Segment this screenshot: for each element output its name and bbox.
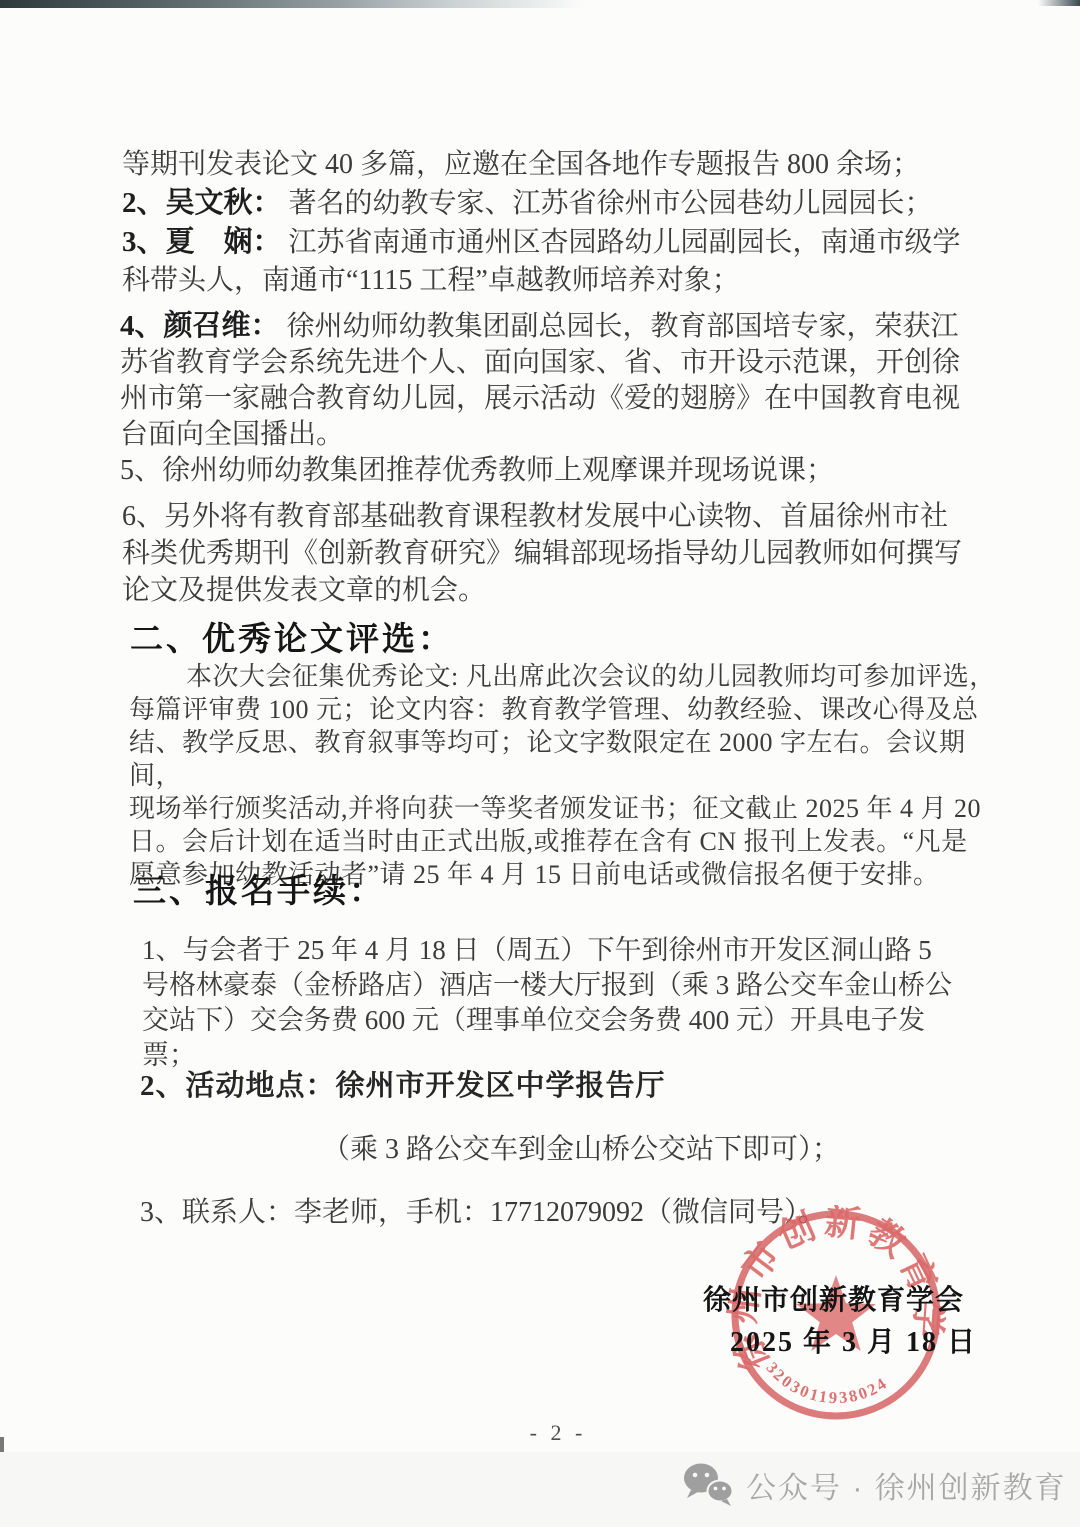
venue-value: 徐州市开发区中学报告厅	[336, 1070, 666, 1102]
body-line: 号格林豪泰（金桥路店）酒店一楼大厅报到（乘 3 路公交车金山桥公	[142, 968, 970, 1003]
list-item-5: 5、徐州幼师幼教集团推荐优秀教师上观摩课并现场说课；	[120, 453, 968, 489]
scanned-document-page: 等期刊发表论文 40 多篇，应邀在全国各地作专题报告 800 余场； 2、吴文秋…	[0, 0, 1080, 1527]
registration-item-2-venue: 2、活动地点：徐州市开发区中学报告厅	[140, 1063, 666, 1104]
page-number: - 2 -	[518, 1420, 598, 1446]
registration-item-3-contact: 3、联系人：李老师，手机：17712079092（微信同号）。	[140, 1190, 826, 1230]
body-line: 1、与会者于 25 年 4 月 18 日（周五）下午到徐州市开发区洞山路 5	[142, 933, 970, 968]
paper-selection-paragraph: 本次大会征集优秀论文: 凡出席此次会议的幼儿园教师均可参加评选， 每篇评审费 1…	[129, 660, 997, 891]
signature-date: 2025 年 3 月 18 日	[730, 1320, 977, 1360]
signature-organization: 徐州市创新教育学会	[703, 1278, 964, 1318]
speaker-name: 3、夏 娴：	[122, 226, 282, 258]
wechat-watermark: 公众号 · 徐州创新教育	[682, 1462, 1067, 1508]
scan-edge-artifact-top	[0, 0, 585, 8]
registration-item-1: 1、与会者于 25 年 4 月 18 日（周五）下午到徐州市开发区洞山路 5 号…	[142, 933, 970, 1073]
wechat-icon	[682, 1462, 734, 1508]
section-heading-paper-selection: 二、优秀论文评选：	[130, 613, 454, 660]
section-heading-registration: 三、报名手续：	[133, 865, 385, 912]
speaker-item: 3、夏 娴： 江苏省南通市通州区杏园路幼儿园副园长，南通市级学	[122, 223, 970, 262]
body-line: 每篇评审费 100 元；论文内容：教育教学管理、幼教经验、课改心得及总	[129, 693, 997, 726]
body-line: 科类优秀期刊《创新教育研究》编辑部现场指导幼儿园教师如何撰写	[122, 535, 970, 572]
list-item-6-block: 6、另外将有教育部基础教育课程教材发展中心读物、首届徐州市社 科类优秀期刊《创新…	[122, 498, 970, 609]
body-line: 现场举行颁奖活动,并将向获一等奖者颁发证书；征文截止 2025 年 4 月 20	[129, 792, 997, 825]
body-line: 结、教学反思、教育叙事等均可；论文字数限定在 2000 字左右。会议期间，	[129, 726, 997, 792]
speaker-desc: 徐州幼师幼教集团副总园长，教育部国培专家，荣获江	[280, 311, 959, 342]
body-line: 论文及提供发表文章的机会。	[122, 572, 970, 609]
body-line: 等期刊发表论文 40 多篇，应邀在全国各地作专题报告 800 余场；	[122, 146, 970, 184]
venue-label: 2、活动地点：	[140, 1070, 336, 1102]
body-line: 苏省教育学会系统先进个人、面向国家、省、市开设示范课，开创徐	[120, 345, 968, 381]
speaker-name: 2、吴文秋：	[122, 187, 282, 219]
speaker-item: 2、吴文秋： 著名的幼教专家、江苏省徐州市公园巷幼儿园园长；	[122, 184, 970, 223]
body-line: 本次大会征集优秀论文: 凡出席此次会议的幼儿园教师均可参加评选，	[129, 660, 997, 693]
watermark-text: 公众号 · 徐州创新教育	[746, 1463, 1067, 1507]
speaker-item: 4、颜召维： 徐州幼师幼教集团副总园长，教育部国培专家，荣获江	[120, 308, 968, 345]
speaker-list-block: 等期刊发表论文 40 多篇，应邀在全国各地作专题报告 800 余场； 2、吴文秋…	[122, 146, 970, 300]
body-line: 台面向全国播出。	[120, 417, 968, 453]
body-line: 6、另外将有教育部基础教育课程教材发展中心读物、首届徐州市社	[122, 498, 970, 535]
speaker-desc: 江苏省南通市通州区杏园路幼儿园副园长，南通市级学	[282, 227, 961, 258]
venue-bus-note: （乘 3 路公交车到金山桥公交站下即可）；	[322, 1127, 840, 1167]
body-line: 日。会后计划在适当时由正式出版,或推荐在含有 CN 报刊上发表。“凡是	[129, 825, 997, 858]
scan-edge-artifact-top-right	[1038, 0, 1080, 6]
body-line: 州市第一家融合教育幼儿园，展示活动《爱的翅膀》在中国教育电视	[120, 381, 968, 417]
speaker-desc-continued: 科带头人，南通市“1115 工程”卓越教师培养对象；	[122, 262, 970, 300]
speaker-name: 4、颜召维：	[120, 310, 280, 342]
speaker-item-4-block: 4、颜召维： 徐州幼师幼教集团副总园长，教育部国培专家，荣获江 苏省教育学会系统…	[120, 308, 968, 489]
speaker-desc: 著名的幼教专家、江苏省徐州市公园巷幼儿园园长；	[282, 188, 933, 219]
